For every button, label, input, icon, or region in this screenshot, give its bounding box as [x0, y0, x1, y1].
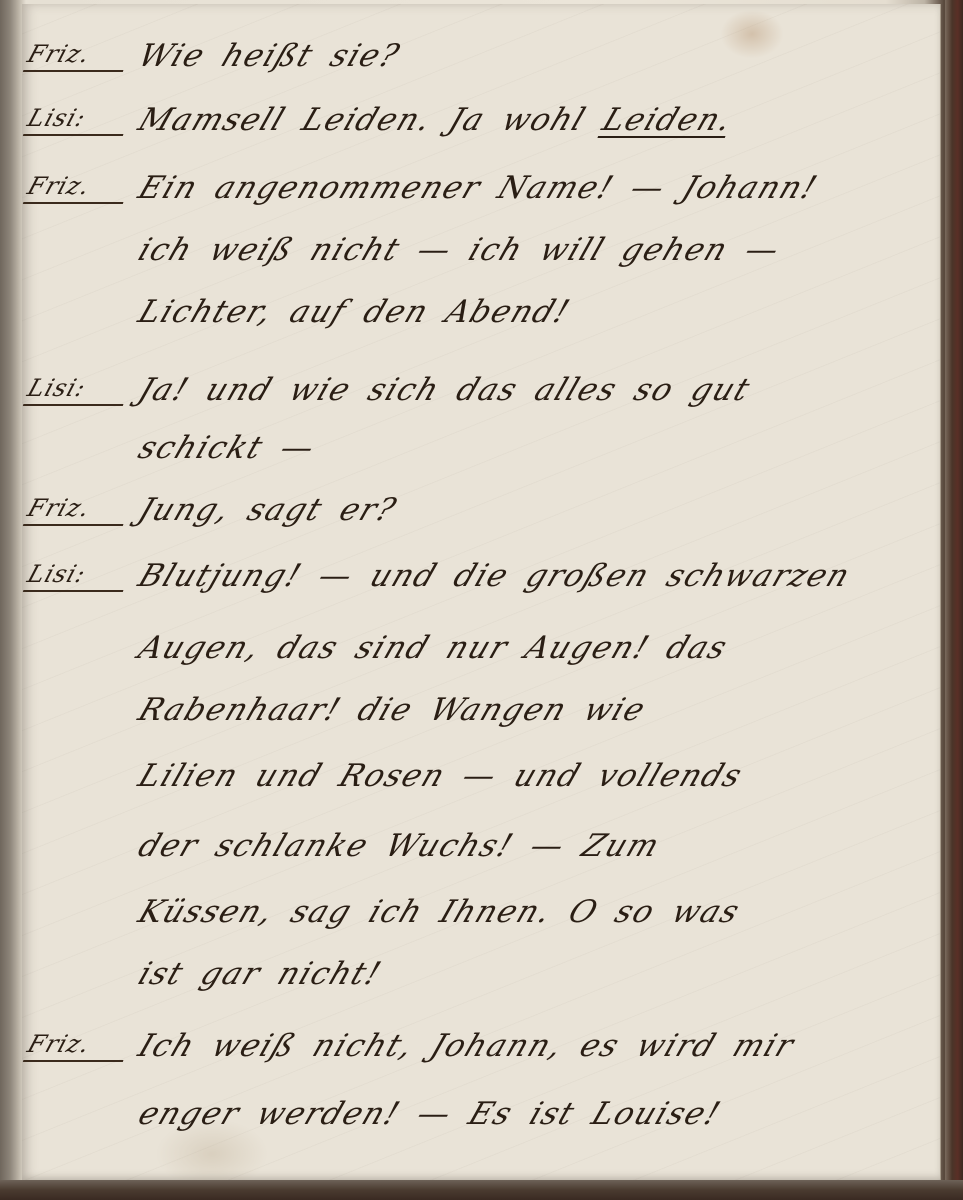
line-text: der schlanke Wuchs! — Zum: [133, 828, 926, 864]
line-text: ich weiß nicht — ich will gehen —: [133, 232, 926, 268]
dialogue-line: Friz. Ich weiß nicht, Johann, es wird mi…: [22, 1022, 940, 1082]
line-text: Rabenhaar! die Wangen wie: [133, 692, 926, 728]
line-text: Ich weiß nicht, Johann, es wird mir: [133, 1028, 926, 1064]
manuscript-page: Friz. Wie heißt sie? Lisi: Mamsell Leide…: [22, 4, 941, 1180]
line-text: Blutjung! — und die großen schwarzen: [133, 558, 926, 594]
dialogue-line: Friz. Jung, sagt er?: [22, 486, 940, 546]
line-text: Mamsell Leiden. Ja wohl Leiden.: [133, 102, 926, 138]
dialogue-line: Friz. Ein angenommener Name! — Johann!: [22, 164, 940, 224]
speaker-label: Friz.: [23, 1030, 133, 1062]
speaker-label: Friz.: [23, 494, 133, 526]
line-text: Lilien und Rosen — und vollends: [133, 758, 926, 794]
dialogue-line: enger werden! — Es ist Louise!: [22, 1090, 940, 1150]
speaker-label: Lisi:: [23, 374, 133, 406]
line-text: schickt —: [133, 430, 926, 466]
line-text: Ein angenommener Name! — Johann!: [133, 170, 926, 206]
line-text: Jung, sagt er?: [133, 492, 926, 528]
line-text-main: Mamsell Leiden. Ja wohl: [133, 102, 591, 138]
dialogue-line: ist gar nicht!: [22, 950, 940, 1010]
line-text: Wie heißt sie?: [133, 38, 926, 74]
speaker-label: Lisi:: [23, 560, 133, 592]
dialogue-line: Lisi: Mamsell Leiden. Ja wohl Leiden.: [22, 96, 940, 156]
dialogue-line: Lisi: Ja! und wie sich das alles so gut: [22, 366, 940, 426]
underlined-word: Leiden.: [597, 102, 737, 138]
line-text: enger werden! — Es ist Louise!: [133, 1096, 926, 1132]
dialogue-line: Friz. Wie heißt sie?: [22, 32, 940, 92]
dialogue-line: Küssen, sag ich Ihnen. O so was: [22, 888, 940, 948]
speaker-label: Friz.: [23, 172, 133, 204]
dialogue-line: der schlanke Wuchs! — Zum: [22, 822, 940, 882]
line-text: Ja! und wie sich das alles so gut: [133, 372, 926, 408]
dialogue-line: Lilien und Rosen — und vollends: [22, 752, 940, 812]
dialogue-line: Rabenhaar! die Wangen wie: [22, 686, 940, 746]
dialogue-line: Augen, das sind nur Augen! das: [22, 624, 940, 684]
dialogue-line: schickt —: [22, 424, 940, 484]
speaker-label: Friz.: [23, 40, 133, 72]
book-binding-bottom: [0, 1180, 963, 1200]
line-text: Lichter, auf den Abend!: [133, 294, 926, 330]
line-text: ist gar nicht!: [133, 956, 926, 992]
dialogue-line: Lichter, auf den Abend!: [22, 288, 940, 348]
line-text: Augen, das sind nur Augen! das: [133, 630, 926, 666]
dialogue-line: Lisi: Blutjung! — und die großen schwarz…: [22, 552, 940, 612]
book-binding-right: [945, 0, 963, 1200]
manuscript-scan: Friz. Wie heißt sie? Lisi: Mamsell Leide…: [0, 0, 963, 1200]
dialogue-line: ich weiß nicht — ich will gehen —: [22, 226, 940, 286]
speaker-label: Lisi:: [23, 104, 133, 136]
line-text: Küssen, sag ich Ihnen. O so was: [133, 894, 926, 930]
